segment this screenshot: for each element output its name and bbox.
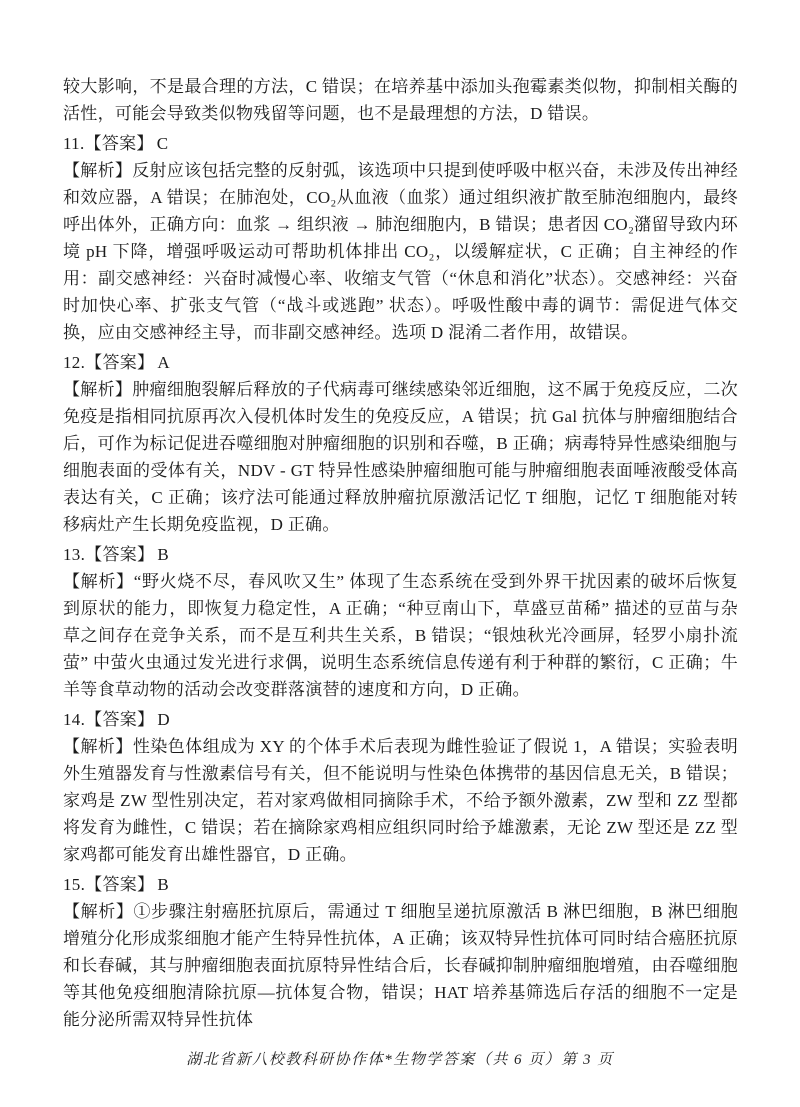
question-number: 11. <box>63 134 85 153</box>
answer-label: 【答案】 <box>85 134 154 153</box>
answer-line-q14: 14.【答案】D <box>63 706 738 733</box>
answer-line-q11: 11.【答案】C <box>63 130 738 157</box>
question-number: 14. <box>63 710 85 729</box>
analysis-text: 性染色体组成为 XY 的个体手术后表现为雌性验证了假说 1，A 错误；实验表明外… <box>63 737 738 864</box>
answer-label: 【答案】 <box>85 545 154 564</box>
question-number: 12. <box>63 353 85 372</box>
page-footer: 湖北省新八校教科研协作体*生物学答案（共 6 页）第 3 页 <box>0 1048 800 1069</box>
analysis-label: 【解析】 <box>63 572 134 591</box>
analysis-text: ①步骤注射癌胚抗原后，需通过 T 细胞呈递抗原激活 B 淋巴细胞，B 淋巴细胞增… <box>63 902 738 1029</box>
analysis-paragraph-q14: 【解析】性染色体组成为 XY 的个体手术后表现为雌性验证了假说 1，A 错误；实… <box>63 733 738 868</box>
answer-line-q15: 15.【答案】B <box>63 871 738 898</box>
answer-line-q12: 12.【答案】A <box>63 349 738 376</box>
answer-label: 【答案】 <box>85 710 154 729</box>
answer-line-q13: 13.【答案】B <box>63 541 738 568</box>
analysis-paragraph-q11: 【解析】反射应该包括完整的反射弧，该选项中只提到使呼吸中枢兴奋，未涉及传出神经和… <box>63 157 738 346</box>
question-number: 15. <box>63 875 85 894</box>
answer-letter: A <box>157 353 170 372</box>
analysis-label: 【解析】 <box>63 380 132 399</box>
analysis-text: 肿瘤细胞裂解后释放的子代病毒可继续感染邻近细胞，这不属于免疫反应，二次免疫是指相… <box>63 380 738 534</box>
answer-letter: D <box>157 710 170 729</box>
document-page: 较大影响，不是最合理的方法，C 错误；在培养基中添加头孢霉素类似物，抑制相关酶的… <box>0 0 800 1107</box>
answer-label: 【答案】 <box>85 875 154 894</box>
analysis-label: 【解析】 <box>63 161 132 180</box>
page-content: 较大影响，不是最合理的方法，C 错误；在培养基中添加头孢霉素类似物，抑制相关酶的… <box>63 73 738 1033</box>
analysis-text: “野火烧不尽，春风吹又生” 体现了生态系统在受到外界干扰因素的破坏后恢复到原状的… <box>63 572 738 699</box>
analysis-paragraph-q13: 【解析】“野火烧不尽，春风吹又生” 体现了生态系统在受到外界干扰因素的破坏后恢复… <box>63 568 738 703</box>
analysis-paragraph-q15: 【解析】①步骤注射癌胚抗原后，需通过 T 细胞呈递抗原激活 B 淋巴细胞，B 淋… <box>63 898 738 1033</box>
analysis-label: 【解析】 <box>63 737 133 756</box>
continued-paragraph: 较大影响，不是最合理的方法，C 错误；在培养基中添加头孢霉素类似物，抑制相关酶的… <box>63 73 738 127</box>
analysis-label: 【解析】 <box>63 902 134 921</box>
answer-label: 【答案】 <box>85 353 154 372</box>
answer-letter: C <box>157 134 169 153</box>
analysis-paragraph-q12: 【解析】肿瘤细胞裂解后释放的子代病毒可继续感染邻近细胞，这不属于免疫反应，二次免… <box>63 376 738 538</box>
analysis-text: 反射应该包括完整的反射弧，该选项中只提到使呼吸中枢兴奋，未涉及传出神经和效应器，… <box>63 161 738 342</box>
question-number: 13. <box>63 545 85 564</box>
answer-letter: B <box>157 875 169 894</box>
answer-letter: B <box>157 545 169 564</box>
